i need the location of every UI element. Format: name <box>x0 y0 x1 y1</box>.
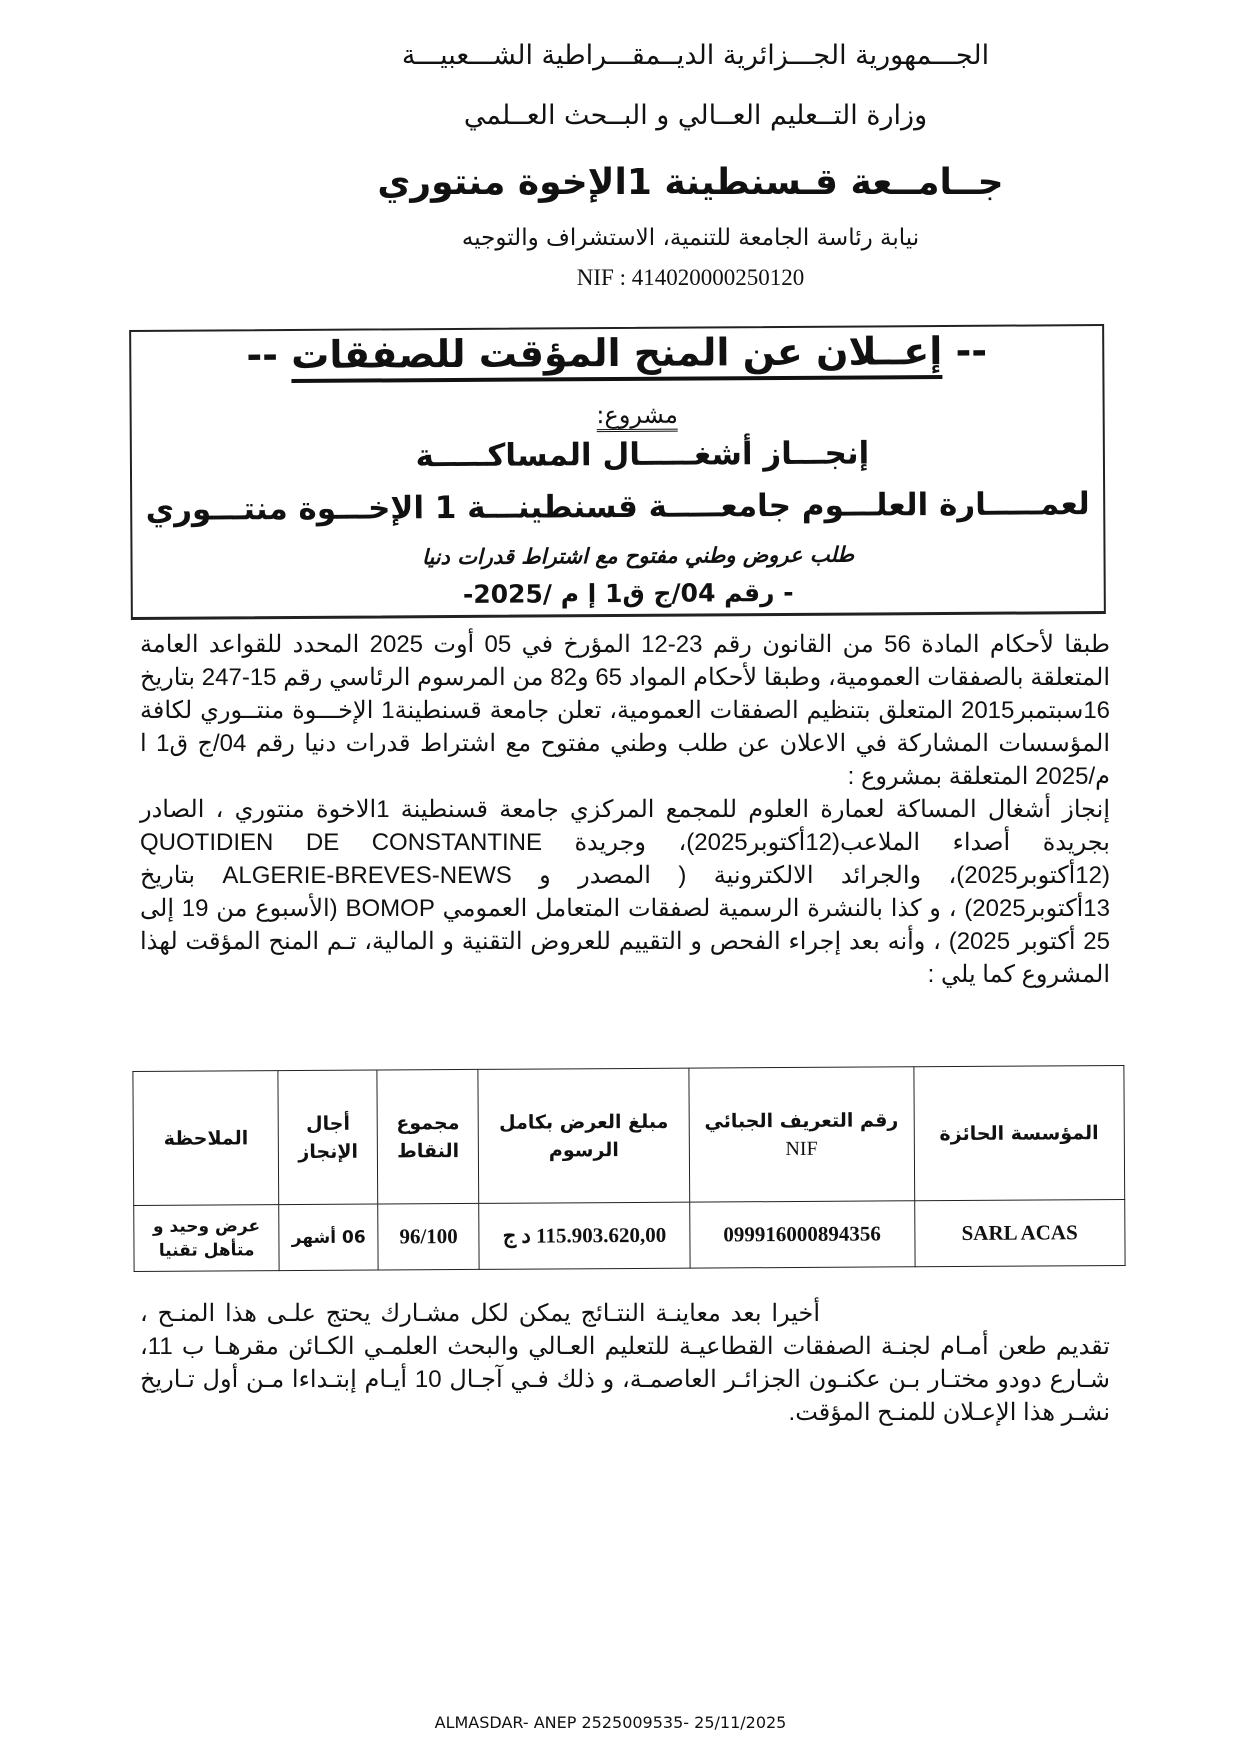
header-amount: مبلغ العرض بكامل الرسوم <box>478 1068 689 1203</box>
body-paragraph-project-publication: إنجاز أشغال المساكة لعمارة العلوم للمجمع… <box>140 793 1110 991</box>
cell-duration: 06 أشهر <box>279 1204 378 1271</box>
header-republic: الجـــمهورية الجـــزائرية الديــمقـــراط… <box>0 40 1241 71</box>
header-university: جــامــعة قـسنطينة 1الإخوة منتوري <box>0 162 1241 203</box>
header-score: مجموع النقاط <box>377 1069 479 1204</box>
header-nif-label: رقم التعريف الجبائي <box>704 1109 898 1132</box>
tender-reference: - رقم 04/ج ق1 إ م /2025- <box>133 576 1104 611</box>
body-text: طبقا لأحكام المادة 56 من القانون رقم 23-… <box>140 628 1110 991</box>
project-name-line-1: إنجـــاز أشغـــــال المساكـــــة <box>132 434 1103 476</box>
cell-score: 96/100 <box>378 1203 479 1270</box>
announcement-title-box: -- إعــلان عن المنح المؤقت للصفقات -- مش… <box>129 324 1106 620</box>
document-page: الجـــمهورية الجـــزائرية الديــمقـــراط… <box>0 0 1241 1754</box>
announcement-title: -- إعــلان عن المنح المؤقت للصفقات -- <box>131 328 1102 378</box>
header-company: المؤسسة الحائزة <box>913 1065 1124 1200</box>
title-suffix: -- <box>246 333 291 377</box>
header-vice-rectorate: نيابة رئاسة الجامعة للتنمية، الاستشراف و… <box>0 225 1241 251</box>
footer-publication-reference: ALMASDAR- ANEP 2525009535- 25/11/2025 <box>0 1713 1241 1732</box>
award-table-header-row: المؤسسة الحائزة رقم التعريف الجبائي NIF … <box>133 1065 1125 1205</box>
body-paragraph-legal-basis: طبقا لأحكام المادة 56 من القانون رقم 23-… <box>140 628 1110 793</box>
project-label: مشروع: <box>132 398 1103 432</box>
header-duration: أجال الإنجاز <box>278 1070 378 1205</box>
project-label-text: مشروع: <box>596 401 678 432</box>
project-name-line-2: لعمـــــارة العلـــوم جامعـــــة قسنطينـ… <box>132 486 1103 528</box>
call-type: طلب عروض وطني مفتوح مع اشتراط قدرات دنيا <box>132 541 1103 571</box>
closing-text: أخيرا بعد معاينـة النتـائج يمكن لكل مشـا… <box>140 1297 1110 1429</box>
cell-amount: 115.903.620,00 د ج <box>479 1202 690 1269</box>
cell-company: SARL ACAS <box>914 1199 1125 1266</box>
cell-note: عرض وحيد و متأهل تقنيا <box>134 1205 280 1272</box>
title-text: إعــلان عن المنح المؤقت للصفقات <box>291 329 942 383</box>
cell-nif: 099916000894356 <box>690 1201 915 1268</box>
table-row: SARL ACAS 099916000894356 115.903.620,00… <box>134 1199 1125 1271</box>
header-nif: NIF : 414020000250120 <box>0 265 1241 291</box>
header-note: الملاحظة <box>133 1071 279 1206</box>
closing-paragraph-appeal: أخيرا بعد معاينـة النتـائج يمكن لكل مشـا… <box>140 1297 1110 1429</box>
header-nif-sub: NIF <box>696 1134 908 1163</box>
title-prefix: -- <box>942 329 987 373</box>
award-table: المؤسسة الحائزة رقم التعريف الجبائي NIF … <box>132 1065 1125 1272</box>
header-ministry: وزارة التــعليم العــالي و البــحث العــ… <box>0 100 1241 131</box>
header-nif: رقم التعريف الجبائي NIF <box>689 1067 915 1202</box>
